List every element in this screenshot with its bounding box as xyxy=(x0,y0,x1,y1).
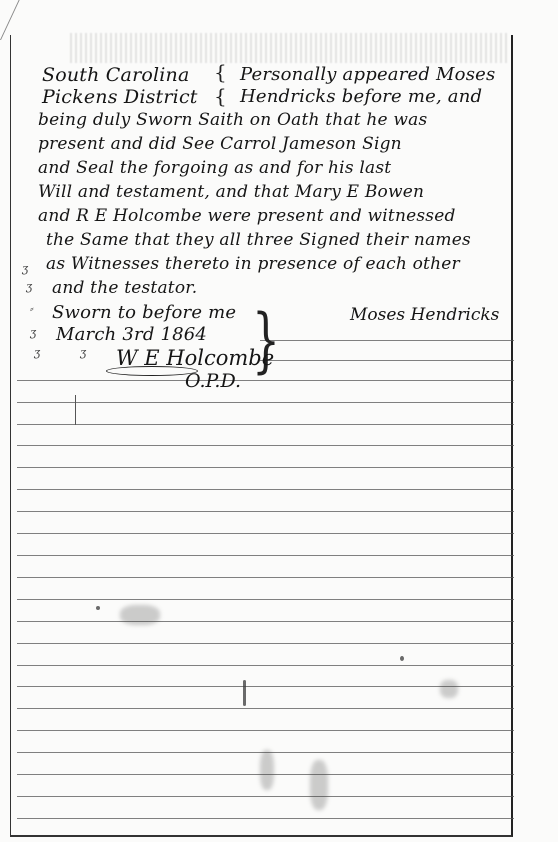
ruled-line xyxy=(17,555,514,556)
ruled-line xyxy=(17,489,514,490)
margin-mark: ʒ xyxy=(34,346,40,359)
ruled-line xyxy=(17,621,514,622)
brace: { xyxy=(214,84,227,108)
speck xyxy=(96,606,100,610)
body-line: present and did See Carrol Jameson Sign xyxy=(38,134,402,154)
body-line: and Seal the forgoing as and for his las… xyxy=(38,158,391,178)
body-line: and R E Holcombe were present and witnes… xyxy=(38,206,456,226)
ink-smudge xyxy=(310,760,328,810)
ink-smudge xyxy=(120,605,160,625)
ruled-line xyxy=(17,665,514,666)
margin-line xyxy=(75,395,76,425)
ruled-line xyxy=(17,467,514,468)
ink-smudge xyxy=(260,750,274,790)
ruled-line xyxy=(17,424,514,425)
brace: { xyxy=(214,60,227,84)
corner-mark xyxy=(0,0,42,40)
ruled-line xyxy=(17,402,514,403)
body-line: and the testator. xyxy=(52,278,197,298)
speck xyxy=(400,656,404,661)
header-state: South Carolina xyxy=(42,64,190,86)
ruled-line xyxy=(17,445,514,446)
body-line: being duly Sworn Saith on Oath that he w… xyxy=(38,110,427,130)
ruled-line xyxy=(17,643,514,644)
ruled-line xyxy=(17,577,514,578)
header-district: Pickens District xyxy=(42,86,198,108)
ruled-line xyxy=(260,360,514,361)
ruled-line xyxy=(17,511,514,512)
body-line: Personally appeared Moses xyxy=(240,64,495,85)
ruled-line xyxy=(17,796,514,797)
body-line: the Same that they all three Signed thei… xyxy=(46,230,471,250)
ink-smudge xyxy=(440,680,458,698)
body-line: Hendricks before me, and xyxy=(240,86,482,107)
ruled-line xyxy=(17,708,514,709)
margin-mark: ⸗ xyxy=(30,302,34,315)
page-border xyxy=(10,35,513,837)
ruled-line xyxy=(17,730,514,731)
ruled-line xyxy=(260,340,514,341)
margin-mark: ʒ xyxy=(26,280,32,293)
jurat-sworn: Sworn to before me xyxy=(52,302,236,323)
ruled-line xyxy=(17,599,514,600)
affiant-signature: Moses Hendricks xyxy=(350,305,499,325)
speck xyxy=(243,680,246,706)
body-line: as Witnesses thereto in presence of each… xyxy=(46,254,460,274)
signature-flourish xyxy=(106,366,198,376)
margin-mark: ʒ xyxy=(22,262,28,275)
ruled-line xyxy=(17,818,514,819)
document-page: South Carolina Pickens District { { Pers… xyxy=(0,0,558,842)
jurat-date: March 3rd 1864 xyxy=(56,324,207,345)
margin-mark: ʒ xyxy=(80,346,86,359)
ruled-line xyxy=(17,533,514,534)
official-title: O.P.D. xyxy=(185,370,241,392)
margin-mark: ʒ xyxy=(30,326,36,339)
body-line: Will and testament, and that Mary E Bowe… xyxy=(38,182,424,202)
